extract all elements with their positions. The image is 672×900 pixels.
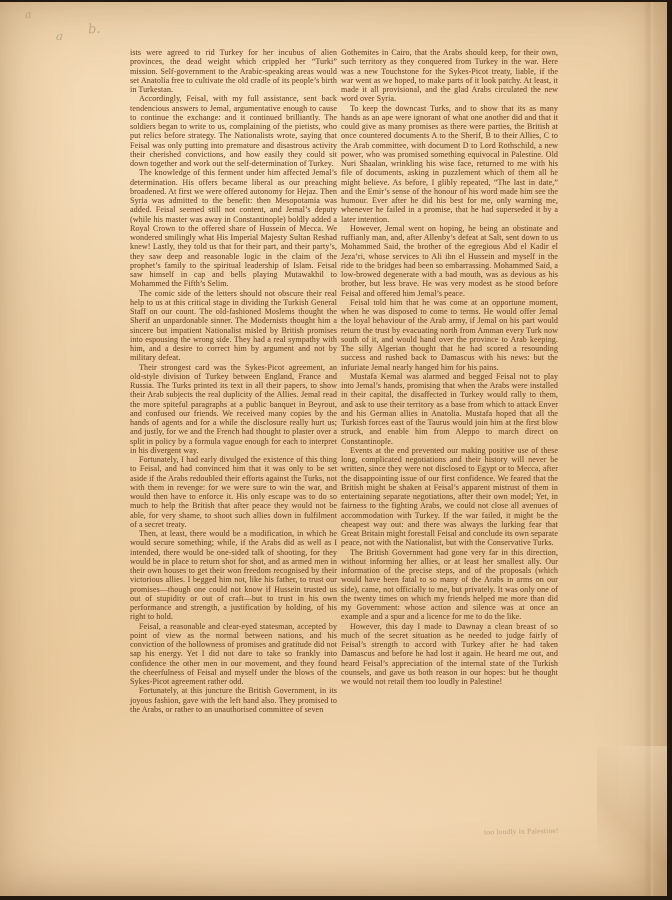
left-text-column: ists were agreed to rid Turkey for her i… [130,48,337,714]
paragraph: ists were agreed to rid Turkey for her i… [130,48,337,94]
pencil-annotation: b. [88,22,101,38]
paragraph: Mustafa Kemal was alarmed and begged Fei… [341,372,558,446]
scanned-page-photo: a a b. ists were agreed to rid Turkey fo… [0,0,672,900]
paragraph: Accordingly, Feisal, with my full assist… [130,94,337,168]
pencil-annotation: a [24,8,32,22]
paragraph: Their strongest card was the Sykes-Picot… [130,363,337,456]
paragraph: Then, at least, there would be a modific… [130,529,337,622]
paragraph: Feisal told him that he was come at an o… [341,298,558,372]
book-page-paper: a a b. ists were agreed to rid Turkey fo… [0,2,667,896]
right-text-column: Gothemites in Cairo, that the Arabs shou… [341,48,558,686]
paragraph: However, Jemal went on hoping, he being … [341,224,558,298]
paragraph: The British Government had gone very far… [341,548,558,622]
pencil-annotation: a [56,29,64,43]
paragraph: Fortunately, at this juncture the Britis… [130,686,337,714]
paragraph: Fortunately, I had early divulged the ex… [130,455,337,529]
paragraph: However, this day I made to Dawnay a cle… [341,622,558,687]
paragraph: Gothemites in Cairo, that the Arabs shou… [341,48,558,104]
paragraph: Events at the end prevented our making p… [341,446,558,548]
paragraph: The comic side of the letters should not… [130,289,337,363]
paragraph: Feisal, a reasonable and clear-eyed stat… [130,622,337,687]
paper-corner-fold [597,746,667,896]
paragraph: The knowledge of this ferment under him … [130,168,337,288]
paragraph: To keep the downcast Turks, and to show … [341,104,558,224]
